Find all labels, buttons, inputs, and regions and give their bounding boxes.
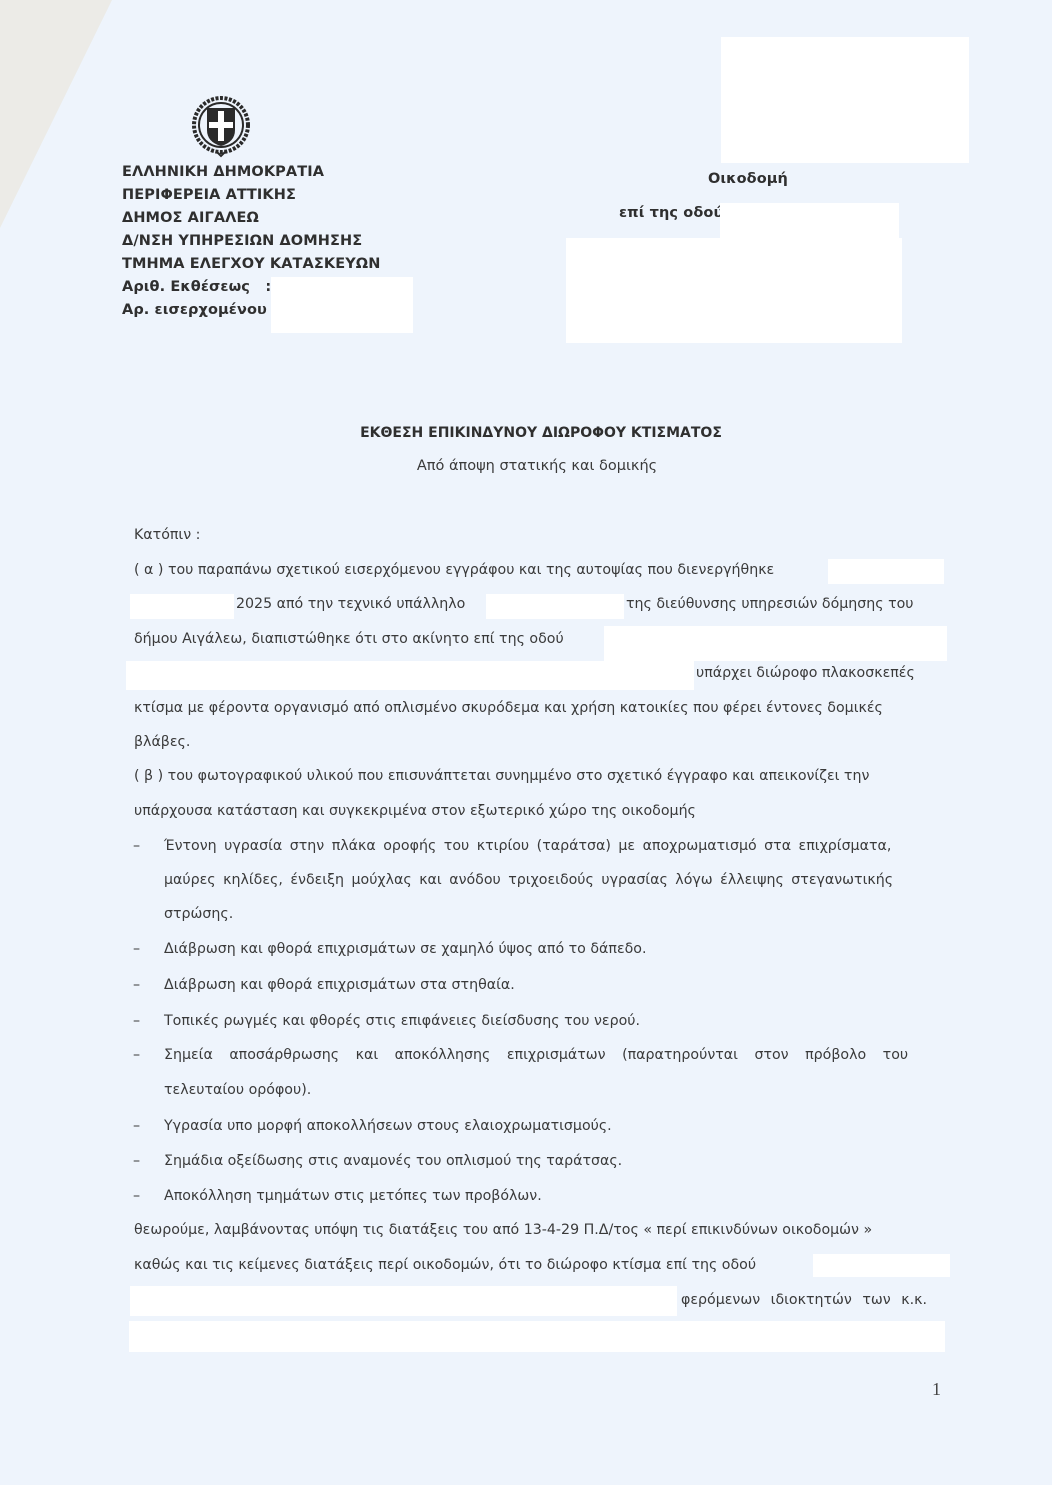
- bullet-dash: –: [133, 977, 140, 993]
- para-a-line-1: ( α ) του παραπάνω σχετικού εισερχόμενου…: [134, 562, 774, 578]
- header-line-region: ΠΕΡΙΦΕΡΕΙΑ ΑΤΤΙΚΗΣ: [122, 187, 296, 203]
- damage-item-5-line-2: τελευταίου ορόφου).: [164, 1082, 311, 1098]
- damage-item-2: Διάβρωση και φθορά επιχρισμάτων σε χαμηλ…: [164, 941, 646, 957]
- damage-item-1-line-1: Έντονη υγρασία στην πλάκα οροφής του κτι…: [164, 838, 891, 854]
- building-label: Οικοδομή: [708, 171, 788, 187]
- conclusion-line-2: καθώς και τις κείμενες διατάξεις περί οι…: [134, 1257, 756, 1273]
- header-line-directorate: Δ/ΝΣΗ ΥΠΗΡΕΣΙΩΝ ΔΟΜΗΣΗΣ: [122, 233, 362, 249]
- report-title: ΕΚΘΕΣΗ ΕΠΙΚΙΝΔΥΝΟΥ ΔΙΩΡΟΦΟΥ ΚΤΙΣΜΑΤΟΣ: [0, 425, 1052, 441]
- para-b-line-2: υπάρχουσα κατάσταση και συγκεκριμένα στο…: [134, 803, 696, 819]
- greek-coat-of-arms-icon: [189, 94, 253, 158]
- redacted-stamp-area: [721, 37, 969, 163]
- para-a-line-3: δήμου Αιγάλεω, διαπιστώθηκε ότι στο ακίν…: [134, 631, 564, 647]
- para-a-line-2-year: 2025 από την τεχνικό υπάλληλο: [236, 596, 465, 612]
- para-a-line-4-rest: υπάρχει διώροφο πλακοσκεπές: [696, 665, 915, 681]
- bullet-dash: –: [133, 1047, 140, 1063]
- header-line-department: ΤΜΗΜΑ ΕΛΕΓΧΟΥ ΚΑΤΑΣΚΕΥΩΝ: [122, 256, 380, 272]
- header-line-republic: ΕΛΛΗΝΙΚΗ ΔΗΜΟΚΡΑΤΙΑ: [122, 164, 324, 180]
- redacted-owner-names: [129, 1321, 945, 1352]
- report-number-label: Αριθ. Εκθέσεως :: [122, 279, 271, 295]
- para-b-line-1: ( β ) του φωτογραφικού υλικού που επισυν…: [134, 768, 869, 784]
- bullet-dash: –: [133, 838, 140, 854]
- bullet-dash: –: [133, 1153, 140, 1169]
- redacted-property-street: [604, 626, 947, 661]
- bullet-dash: –: [133, 1188, 140, 1204]
- redacted-street: [720, 203, 899, 239]
- redacted-property-address: [126, 661, 694, 690]
- damage-item-3: Διάβρωση και φθορά επιχρισμάτων στα στηθ…: [164, 977, 515, 993]
- street-label: επί της οδού: [619, 205, 723, 221]
- bullet-dash: –: [133, 1013, 140, 1029]
- bullet-dash: –: [133, 1118, 140, 1134]
- header-line-municipality: ΔΗΜΟΣ ΑΙΓΑΛΕΩ: [122, 210, 259, 226]
- redacted-date-day: [130, 594, 234, 619]
- damage-item-4: Τοπικές ρωγμές και φθορές στις επιφάνειε…: [164, 1013, 640, 1029]
- redacted-address-block: [566, 238, 902, 343]
- para-a-line-6: βλάβες.: [134, 734, 190, 750]
- conclusion-line-1: θεωρούμε, λαμβάνοντας υπόψη τις διατάξει…: [134, 1222, 872, 1238]
- page-number: 1: [932, 1379, 941, 1400]
- damage-item-1-line-2: μαύρες κηλίδες, ένδειξη μούχλας και ανόδ…: [164, 872, 893, 888]
- intro-label: Κατόπιν :: [134, 527, 200, 543]
- damage-item-6: Υγρασία υπο μορφή αποκολλήσεων στους ελα…: [164, 1118, 612, 1134]
- redacted-date: [828, 559, 944, 584]
- damage-item-5-line-1: Σημεία αποσάρθρωσης και αποκόλλησης επιχ…: [164, 1047, 908, 1063]
- redacted-conclusion-address: [130, 1286, 677, 1316]
- damage-item-7: Σημάδια οξείδωσης στις αναμονές του οπλι…: [164, 1153, 622, 1169]
- bullet-dash: –: [133, 941, 140, 957]
- conclusion-line-3-rest: φερόμενων ιδιοκτητών των κ.κ.: [681, 1292, 927, 1308]
- incoming-number-label: Αρ. εισερχομένου :: [122, 302, 278, 318]
- report-subtitle: Από άποψη στατικής και δομικής: [0, 458, 1052, 474]
- damage-item-1-line-3: στρώσης.: [164, 906, 233, 922]
- para-a-line-2-rest: της διεύθυνσης υπηρεσιών δόμησης του: [626, 596, 914, 612]
- redacted-conclusion-street: [813, 1254, 950, 1277]
- redacted-employee-name: [486, 594, 624, 619]
- para-a-line-5: κτίσμα με φέροντα οργανισμό από οπλισμέν…: [134, 700, 883, 716]
- redacted-report-numbers: [271, 277, 413, 333]
- damage-item-8: Αποκόλληση τμημάτων στις μετόπες των προ…: [164, 1188, 542, 1204]
